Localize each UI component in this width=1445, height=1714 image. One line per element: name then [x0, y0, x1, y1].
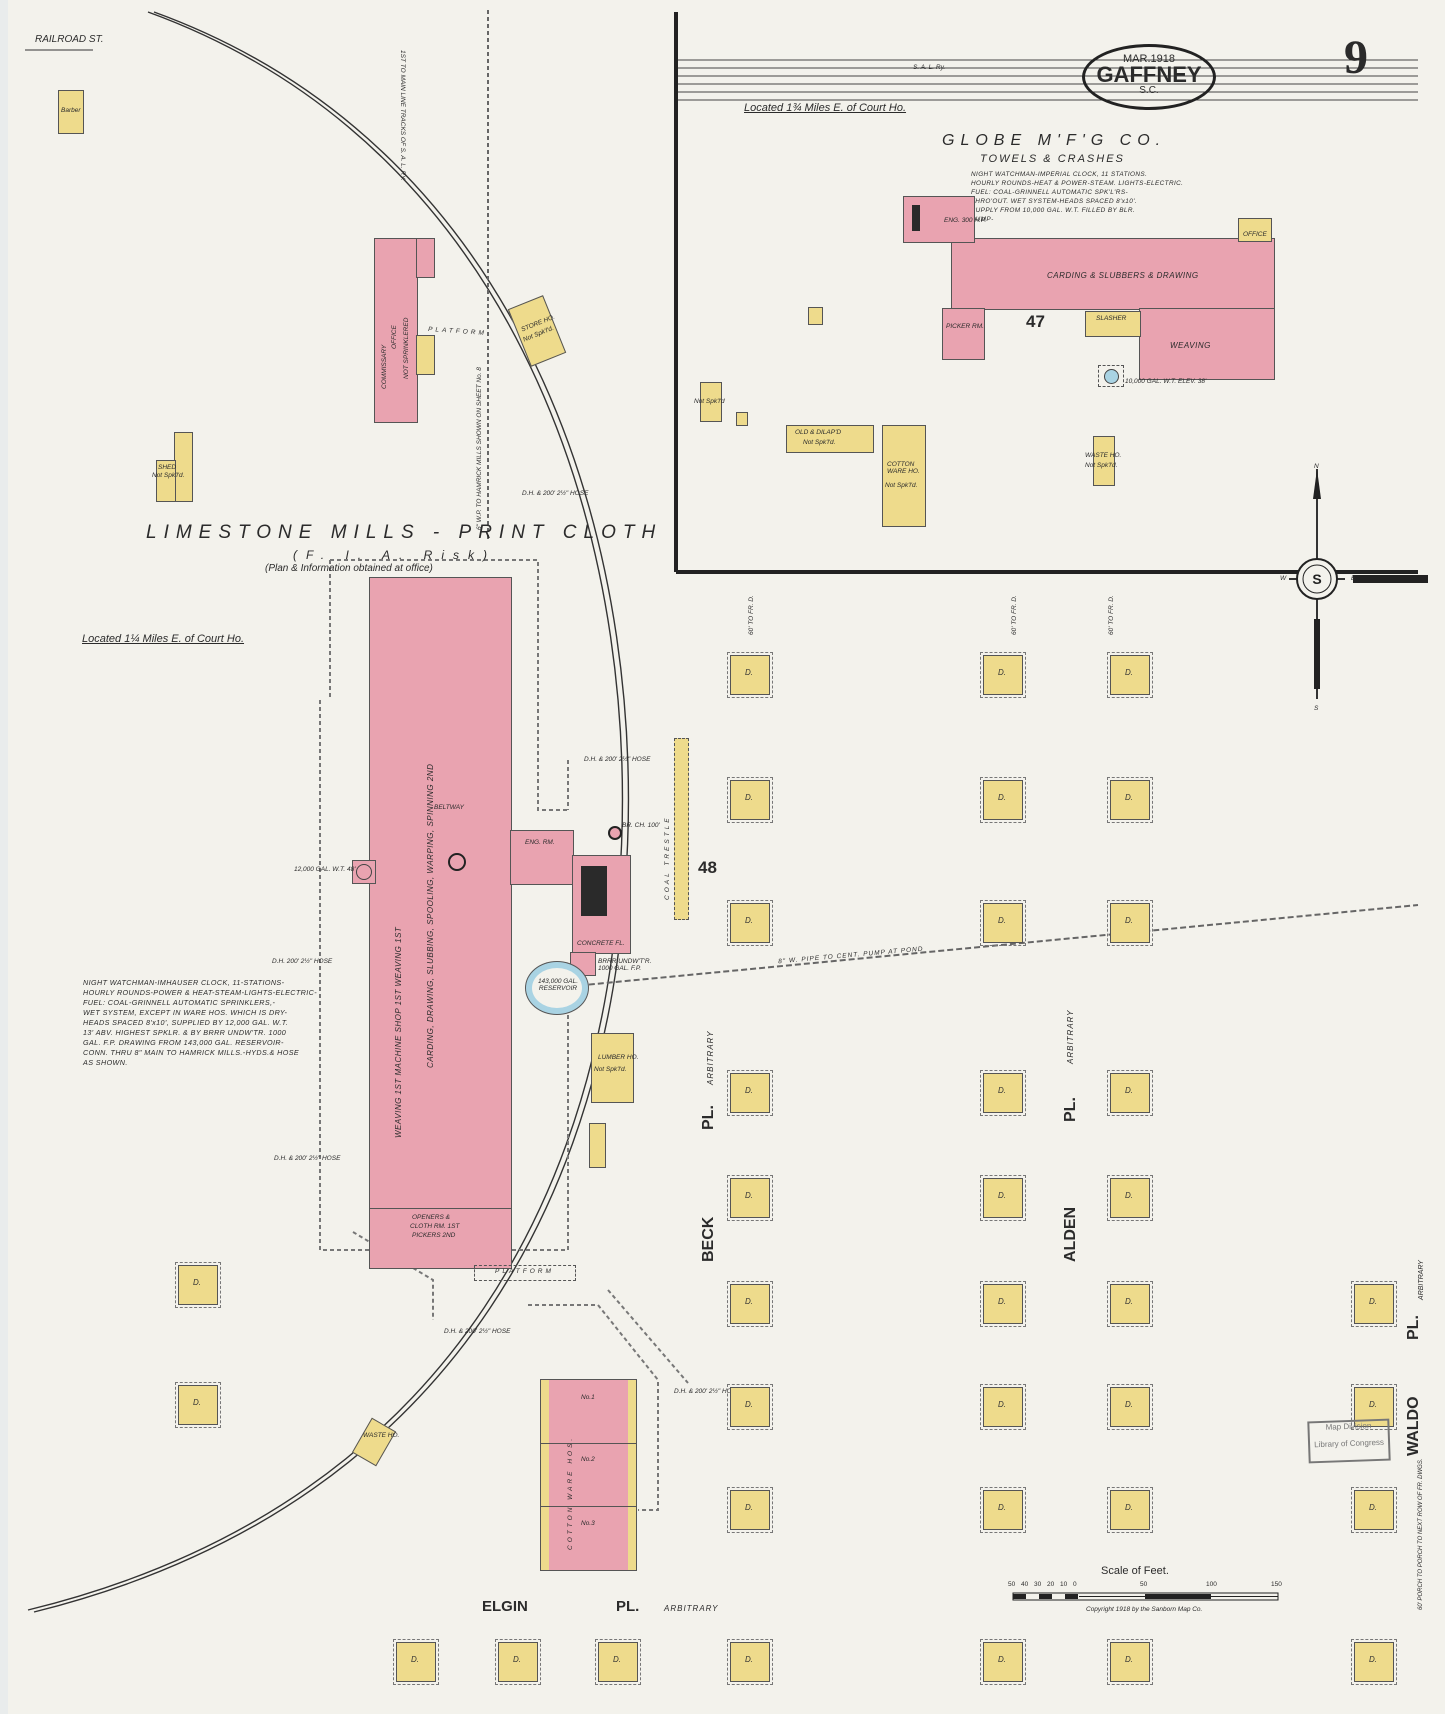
compass-s: S — [1314, 705, 1318, 712]
dwelling: D. — [1110, 1284, 1150, 1324]
dwelling: D. — [1354, 1490, 1394, 1530]
limestone-mill-notes: NIGHT WATCHMAN-IMHAUSER CLOCK, 11-STATIO… — [83, 978, 317, 1068]
reservoir: 143,000 GAL. RESERVOIR — [526, 962, 588, 1014]
cotton-warehouses: No.1 No.2 No.3 COTTON WARE HOS. — [540, 1379, 637, 1571]
globe-mill-title: GLOBE M'F'G CO. — [942, 132, 1166, 150]
limestone-mill-risk: (F. I. A. Risk) — [293, 548, 496, 562]
dwelling: D. — [983, 1284, 1023, 1324]
commissary-annex — [416, 238, 435, 278]
commissary-shed — [416, 335, 435, 375]
commissary-building: COMMISSARY OFFICE NOT SPRINKLERED — [374, 238, 418, 423]
globe-mill-subtitle: TOWELS & CRASHES — [980, 153, 1125, 165]
dwelling: D. — [983, 655, 1023, 695]
globe-block-number: 47 — [1026, 312, 1045, 332]
dwelling: D. — [730, 903, 770, 943]
dwelling: D. — [1110, 655, 1150, 695]
globe-picker-room: PICKER RM. — [942, 308, 985, 360]
compass-e: E — [1351, 575, 1355, 582]
dwelling: D. — [1354, 1284, 1394, 1324]
scale-tick: 40 — [1021, 1581, 1028, 1588]
dwelling: D. — [730, 1178, 770, 1218]
dwelling: D. — [730, 1642, 770, 1682]
street-beck: BECK — [700, 1217, 718, 1262]
dwelling: D. — [598, 1642, 638, 1682]
hamrick-pipe-note: 6" W.P. TO HAMRICK MILLS SHOWN ON SHEET … — [476, 367, 483, 530]
cartouche: MAR.1918 GAFFNEY S.C. — [1082, 44, 1216, 110]
warehouse-1: No.1 — [581, 1394, 595, 1401]
limestone-mill-info: (Plan & Information obtained at office) — [265, 563, 433, 574]
shed-tall — [174, 432, 193, 502]
dwelling: D. — [983, 1387, 1023, 1427]
street-elgin-pl: PL. — [616, 1598, 639, 1615]
dwelling: D. — [983, 1178, 1023, 1218]
lumber-house: LUMBER HO. Not Spk'l'd. — [591, 1033, 634, 1103]
dwelling: D. — [983, 1642, 1023, 1682]
street-alden-pl: PL. — [1062, 1097, 1080, 1122]
hydrant-label: D.H. & 200' 2½" HOSE — [522, 490, 588, 497]
hydrant-label: D.H. & 200' 2½" HOSE — [584, 756, 650, 763]
dwelling: D. — [730, 1073, 770, 1113]
scale-tick: 50 — [1140, 1581, 1147, 1588]
globe-water-tank — [1098, 365, 1124, 387]
limestone-mill-title: LIMESTONE MILLS - PRINT CLOTH — [146, 522, 662, 544]
scale-tick: 50 — [1008, 1581, 1015, 1588]
limestone-block-number: 48 — [698, 858, 717, 878]
globe-small-shed — [808, 307, 823, 325]
dwelling: D. — [983, 903, 1023, 943]
compass-rose: S — [1289, 469, 1428, 699]
dwelling: D. — [730, 1490, 770, 1530]
svg-text:S: S — [1312, 571, 1321, 587]
dwelling: D. — [1110, 1178, 1150, 1218]
brick-chimney-label: BR. CH. 100' — [622, 822, 660, 829]
globe-location-note: Located 1¾ Miles E. of Court Ho. — [744, 102, 906, 114]
dwelling: D. — [1110, 903, 1150, 943]
dwelling: D. — [983, 1073, 1023, 1113]
scale-title: Scale of Feet. — [1101, 1565, 1169, 1577]
hydrant-label: D.H. & 200' 2½" HOSE — [274, 1155, 340, 1162]
globe-mill-notes: NIGHT WATCHMAN-IMPERIAL CLOCK, 11 STATIO… — [971, 170, 1183, 224]
globe-waste-house — [1093, 436, 1115, 486]
scale-tick: 10 — [1060, 1581, 1067, 1588]
globe-old-building: OLD & DILAP'D Not Spk'l'd. — [786, 425, 874, 453]
scale-tick: 0 — [1073, 1581, 1077, 1588]
waldo-porch-note: 60' PORCH TO PORCH TO NEXT ROW OF FR. DW… — [1418, 1459, 1424, 1611]
globe-engine-room: ENG. 300 H.P. — [903, 196, 975, 243]
spur-note: 1ST TO MAIN LINE TRACKS OF S. A. L. RY. — [399, 50, 406, 181]
dwelling: D. — [983, 780, 1023, 820]
dwelling: D. — [1110, 1490, 1150, 1530]
street-beck-pl: PL. — [700, 1105, 718, 1130]
water-tank-base — [352, 860, 376, 884]
dwelling: D. — [730, 780, 770, 820]
globe-office: OFFICE — [1238, 218, 1272, 242]
limestone-location-note: Located 1¼ Miles E. of Court Ho. — [82, 633, 244, 645]
fire-pump-label: BRRR UNDW'T'R. 1000 GAL. F.P. — [598, 958, 658, 972]
library-stamp: Map Division Library of Congress — [1307, 1419, 1390, 1464]
street-alden: ALDEN — [1062, 1207, 1080, 1262]
dwelling: D. — [730, 1387, 770, 1427]
scale-bar — [1013, 1593, 1278, 1600]
compass-w: W — [1280, 575, 1286, 582]
dwelling: D. — [178, 1385, 218, 1425]
globe-weaving-building: WEAVING — [1139, 308, 1275, 380]
dwelling: D. — [1110, 1642, 1150, 1682]
scale-tick: 100 — [1206, 1581, 1217, 1588]
boiler-house: CONCRETE FL. — [572, 855, 631, 954]
barber-shop: Barber — [58, 90, 84, 134]
hydrant-label: D.H. & 200' 2½" HOSE — [444, 1328, 510, 1335]
scale-tick: 150 — [1271, 1581, 1282, 1588]
limestone-main-mill: WEAVING 1ST MACHINE SHOP 1ST WEAVING 1ST… — [369, 577, 512, 1269]
boiler-icon — [912, 205, 920, 231]
sanborn-map-sheet: S MAR.1918 GAFFNEY S.C. 9 S. A. L. Ry. R… — [8, 0, 1445, 1714]
railroad-label: S. A. L. Ry. — [913, 64, 945, 71]
sheet-number: 9 — [1344, 30, 1368, 85]
warehouse-3: No.3 — [581, 1520, 595, 1527]
warehouse-2: No.2 — [581, 1456, 595, 1463]
dwelling: D. — [730, 655, 770, 695]
brick-chimney-icon — [608, 826, 622, 840]
small-shed — [589, 1123, 606, 1168]
hydrant-label: D.H. 200' 2½" HOSE — [272, 958, 332, 965]
engine-room: ENG. RM. — [510, 830, 574, 885]
globe-slasher: SLASHER — [1085, 311, 1141, 337]
dwelling: D. — [1110, 1387, 1150, 1427]
dwelling: D. — [1354, 1642, 1394, 1682]
scale-tick: 30 — [1034, 1581, 1041, 1588]
dwelling: D. — [1110, 1073, 1150, 1113]
globe-main-building: CARDING & SLUBBERS & DRAWING — [951, 238, 1275, 310]
dwelling: D. — [730, 1284, 770, 1324]
platform: PLATFORM — [474, 1265, 576, 1281]
globe-cotton-warehouse: COTTON WARE HO. Not Spk'l'd. — [882, 425, 926, 527]
dwelling: D. — [1110, 780, 1150, 820]
cartouche-city: GAFFNEY — [1085, 65, 1213, 85]
compass-n: N — [1314, 463, 1319, 470]
street-waldo-pl: PL. — [1405, 1315, 1423, 1340]
dwelling: D. — [396, 1642, 436, 1682]
dwelling: D. — [178, 1265, 218, 1305]
dwelling: D. — [983, 1490, 1023, 1530]
water-tank-label: 12,000 GAL. W.T. 48' — [294, 866, 355, 873]
globe-tank-label: 10,000 GAL. W.T. ELEV. 38' — [1125, 378, 1206, 385]
street-railroad-st: RAILROAD ST. — [35, 34, 104, 45]
street-elgin: ELGIN — [482, 1598, 528, 1615]
street-waldo: WALDO — [1405, 1396, 1423, 1456]
automatic-sprinkler-icon — [448, 853, 466, 871]
scale-tick: 20 — [1047, 1581, 1054, 1588]
boilers-icon — [581, 866, 607, 916]
dwelling: D. — [498, 1642, 538, 1682]
coal-trestle — [674, 738, 689, 920]
copyright: Copyright 1918 by the Sanborn Map Co. — [1086, 1606, 1202, 1613]
globe-crib — [736, 412, 748, 426]
